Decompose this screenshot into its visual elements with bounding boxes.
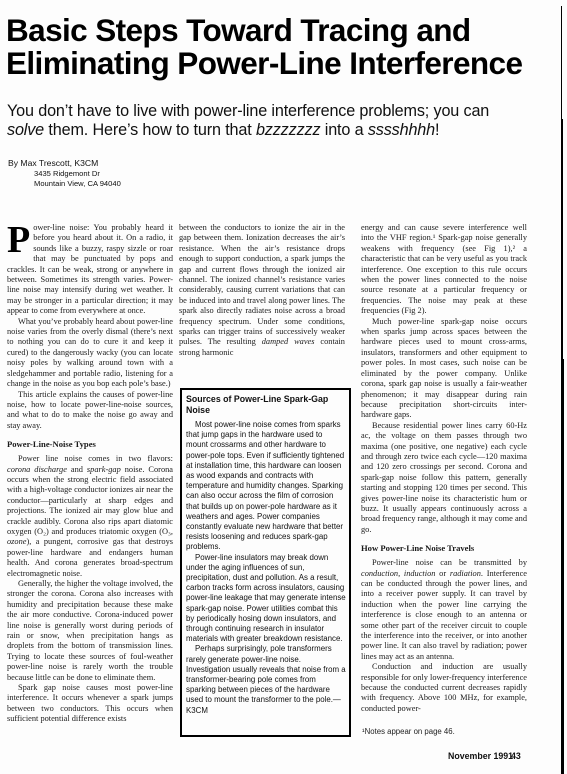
author-address-street: 3435 Ridgemont Dr (8, 169, 121, 179)
emphasis: ozone (7, 537, 26, 546)
page-number: 43 (511, 751, 521, 761)
deck-text: You don’t have to live with power-line i… (7, 102, 489, 120)
paragraph: Spark gap noise causes most power-line i… (7, 683, 173, 725)
article-title: Basic Steps Toward Tracing and Eliminati… (6, 14, 536, 80)
paragraph: Conduction and induction are usually res… (361, 662, 527, 714)
sidebar-paragraph: Most power-line noise comes from sparks … (186, 420, 346, 553)
column-3: energy and can cause severe interference… (361, 223, 527, 714)
deck-text: into a (320, 121, 367, 139)
deck-text: them. Here’s how to turn that (44, 121, 256, 139)
section-heading: How Power-Line Noise Travels (361, 543, 527, 554)
emphasis: damped waves (262, 337, 315, 346)
author-address-city: Mountain View, CA 94040 (8, 179, 121, 189)
scan-edge-line (561, 6, 562, 119)
magazine-page: Basic Steps Toward Tracing and Eliminati… (0, 0, 567, 774)
paragraph: Power-line noise can be transmitted by c… (361, 558, 527, 662)
title-line-1: Basic Steps Toward Tracing and (6, 14, 536, 47)
emphasis: corona discharge (7, 465, 67, 474)
paragraph-text: or (435, 569, 449, 578)
sidebar-paragraph: Perhaps surprisingly, pole transformers … (186, 644, 346, 715)
deck-text: ! (435, 121, 439, 139)
emphasis: conduction, induction (361, 569, 435, 578)
paragraph-text: between the conductors to ionize the air… (179, 223, 345, 346)
paragraph: Power line noise comes in two flavors: c… (7, 454, 173, 579)
paragraph: Generally, the higher the voltage involv… (7, 579, 173, 683)
paragraph-text: noise. Corona occurs when the strong ele… (7, 465, 173, 536)
paragraph-text: Power line noise comes in two flavors: (18, 454, 173, 463)
paragraph-text: and (67, 465, 87, 474)
column-2: between the conductors to ionize the air… (179, 223, 345, 358)
paragraph-text: Power-line noise can be transmitted by (372, 558, 527, 567)
paragraph-text: ), a pungent, corrosive gas that destroy… (7, 537, 173, 577)
deck-emphasis: sssshhhh (368, 121, 435, 139)
author-name: By Max Trescott, K3CM (8, 158, 98, 168)
emphasis: radiation (450, 569, 481, 578)
paragraph-text: ower-line noise: You probably heard it b… (7, 223, 173, 315)
paragraph: Much power-line spark-gap noise occurs w… (361, 317, 527, 421)
footnote-reference: ¹Notes appear on page 46. (362, 727, 455, 736)
column-1: Power-line noise: You probably heard it … (7, 223, 173, 725)
deck-emphasis: solve (7, 121, 44, 139)
title-line-2: Eliminating Power-Line Interference (6, 47, 536, 80)
article-deck: You don’t have to live with power-line i… (7, 102, 527, 140)
paragraph-text: . Interference can be conducted through … (361, 569, 527, 661)
sidebar-paragraph: Power-line insulators may break down und… (186, 553, 346, 645)
sidebar-box: Sources of Power-Line Spark-Gap Noise Mo… (180, 388, 351, 737)
scan-edge-line (561, 119, 563, 359)
author-byline: By Max Trescott, K3CM 3435 Ridgemont Dr … (8, 158, 121, 189)
paragraph: Power-line noise: You probably heard it … (7, 223, 173, 317)
paragraph: between the conductors to ionize the air… (179, 223, 345, 358)
scan-edge-line (561, 359, 564, 774)
paragraph: This article explains the causes of powe… (7, 390, 173, 432)
drop-cap: P (7, 225, 30, 255)
paragraph: What you’ve probably heard about power-l… (7, 317, 173, 390)
deck-emphasis: bzzzzzzz (256, 121, 320, 139)
emphasis: spark-gap (87, 465, 121, 474)
section-heading: Power-Line-Noise Types (7, 439, 173, 450)
paragraph: Because residential power lines carry 60… (361, 421, 527, 535)
paragraph: energy and can cause severe interference… (361, 223, 527, 317)
issue-date: November 1991 (448, 751, 513, 761)
sidebar-title: Sources of Power-Line Spark-Gap Noise (186, 394, 346, 416)
